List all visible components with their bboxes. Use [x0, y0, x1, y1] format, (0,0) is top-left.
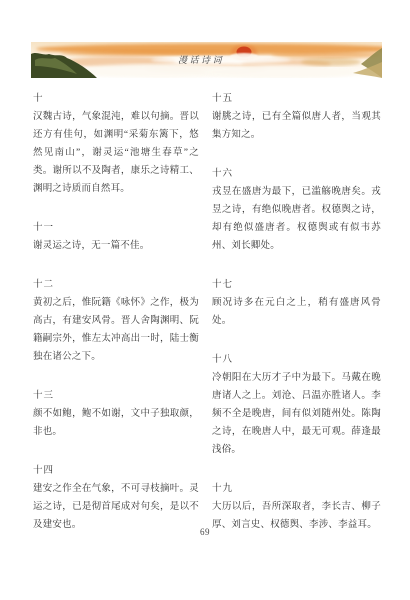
section: 十七 顾况诗多在元白之上，稍有盛唐风骨处。 [212, 276, 381, 330]
section: 十五 谢朓之诗，已有全篇似唐人者，当观其集方知之。 [212, 90, 381, 144]
section-number: 十七 [212, 276, 381, 294]
section-number: 十二 [33, 276, 199, 294]
book-page: 漫话诗词 十 汉魏古诗，气象混沌，难以句摘。晋以还方有佳句，如渊明“采菊东篱下，… [0, 0, 410, 600]
section-text: 谢朓之诗，已有全篇似唐人者，当观其集方知之。 [212, 108, 381, 144]
hill-tan-right [301, 58, 361, 66]
page-number: 69 [0, 527, 410, 537]
section-text: 颜不如鲍，鲍不如谢，文中子独取颜，非也。 [33, 405, 199, 441]
section-text: 谢灵运之诗，无一篇不佳。 [33, 237, 199, 255]
text-column-right: 十五 谢朓之诗，已有全篇似唐人者，当观其集方知之。 十六 戎昱在盛唐为最下，已滥… [212, 90, 381, 555]
section-number: 十九 [212, 480, 381, 498]
section: 十一 谢灵运之诗，无一篇不佳。 [33, 219, 199, 255]
section-text: 汉魏古诗，气象混沌，难以句摘。晋以还方有佳句，如渊明“采菊东篱下，悠然见南山”，… [33, 108, 199, 198]
section-number: 十四 [33, 462, 199, 480]
section: 十八 冷朝阳在大历才子中为最下。马戴在晚唐诸人之上。刘沧、吕温亦胜诸人。李频不全… [212, 351, 381, 459]
section: 十 汉魏古诗，气象混沌，难以句摘。晋以还方有佳句，如渊明“采菊东篱下，悠然见南山… [33, 90, 199, 198]
section-text: 黄初之后，惟阮籍《咏怀》之作，极为高古，有建安风骨。晋人舍陶渊明、阮籍嗣宗外，惟… [33, 294, 199, 366]
section: 十九 大历以后，吾所深取者，李长吉、柳子厚、刘言史、权德舆、李涉、李益耳。 [212, 480, 381, 534]
section-number: 十六 [212, 165, 381, 183]
section-number: 十三 [33, 387, 199, 405]
section-number: 十一 [33, 219, 199, 237]
section-number: 十 [33, 90, 199, 108]
section-text: 冷朝阳在大历才子中为最下。马戴在晚唐诸人之上。刘沧、吕温亦胜诸人。李频不全是晚唐… [212, 369, 381, 459]
book-title: 漫话诗词 [178, 53, 224, 66]
header-banner-art: 漫话诗词 [31, 42, 382, 78]
sunset-glow-streak-right [271, 52, 381, 59]
section-text: 顾况诗多在元白之上，稍有盛唐风骨处。 [212, 294, 381, 330]
section-text: 戎昱在盛唐为最下，已滥觞晚唐矣。戎昱之诗，有绝似晚唐者。权德舆之诗，却有绝似盛唐… [212, 183, 381, 255]
section: 十四 建安之作全在气象，不可寻枝摘叶。灵运之诗，已是彻首尾成对句矣，是以不及建安… [33, 462, 199, 534]
section: 十二 黄初之后，惟阮籍《咏怀》之作，极为高古，有建安风骨。晋人舍陶渊明、阮籍嗣宗… [33, 276, 199, 366]
section: 十三 颜不如鲍，鲍不如谢，文中子独取颜，非也。 [33, 387, 199, 441]
text-column-left: 十 汉魏古诗，气象混沌，难以句摘。晋以还方有佳句，如渊明“采菊东篱下，悠然见南山… [33, 90, 199, 555]
section: 十六 戎昱在盛唐为最下，已滥觞晚唐矣。戎昱之诗，有绝似晚唐者。权德舆之诗，却有绝… [212, 165, 381, 255]
section-number: 十八 [212, 351, 381, 369]
section-text: 建安之作全在气象，不可寻枝摘叶。灵运之诗，已是彻首尾成对句矣，是以不及建安也。 [33, 480, 199, 534]
section-number: 十五 [212, 90, 381, 108]
